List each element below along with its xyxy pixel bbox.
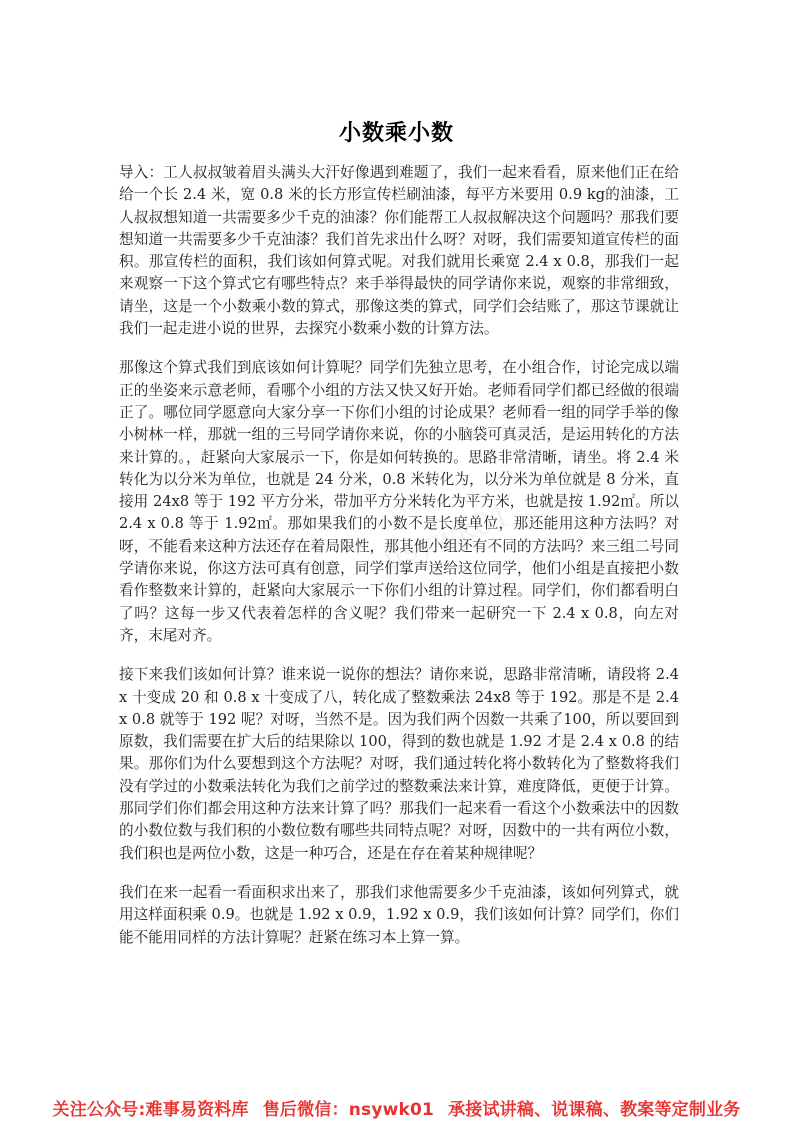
footer-wechat-account: 关注公众号:难事易资料库 — [53, 1095, 249, 1120]
document-title: 小数乘小数 — [0, 116, 793, 147]
document-page: 小数乘小数 导入：工人叔叔皱着眉头满头大汗好像遇到难题了，我们一起来看看，原来他… — [0, 0, 793, 1122]
paragraph-practice: 我们在来一起看一看面积求出来了，那我们求他需要多少千克油漆，该如何列算式，就用这… — [119, 882, 679, 949]
paragraph-group-methods: 那像这个算式我们到底该如何计算呢？同学们先独立思考，在小组合作，讨论完成以端正的… — [119, 357, 679, 647]
document-body: 导入：工人叔叔皱着眉头满头大汗好像遇到难题了，我们一起来看看，原来他们正在给给一… — [119, 162, 679, 966]
footer-banner: 关注公众号:难事易资料库 售后微信：nsywk01 承接试讲稿、说课稿、教案等定… — [0, 1092, 793, 1122]
footer-support-contact: 售后微信：nsywk01 — [263, 1095, 434, 1120]
footer-services: 承接试讲稿、说课稿、教案等定制业务 — [448, 1095, 740, 1120]
paragraph-intro: 导入：工人叔叔皱着眉头满头大汗好像遇到难题了，我们一起来看看，原来他们正在给给一… — [119, 162, 679, 340]
paragraph-calculation: 接下来我们该如何计算？谁来说一说你的想法？请你来说，思路非常清晰，请段将 2.4… — [119, 664, 679, 865]
